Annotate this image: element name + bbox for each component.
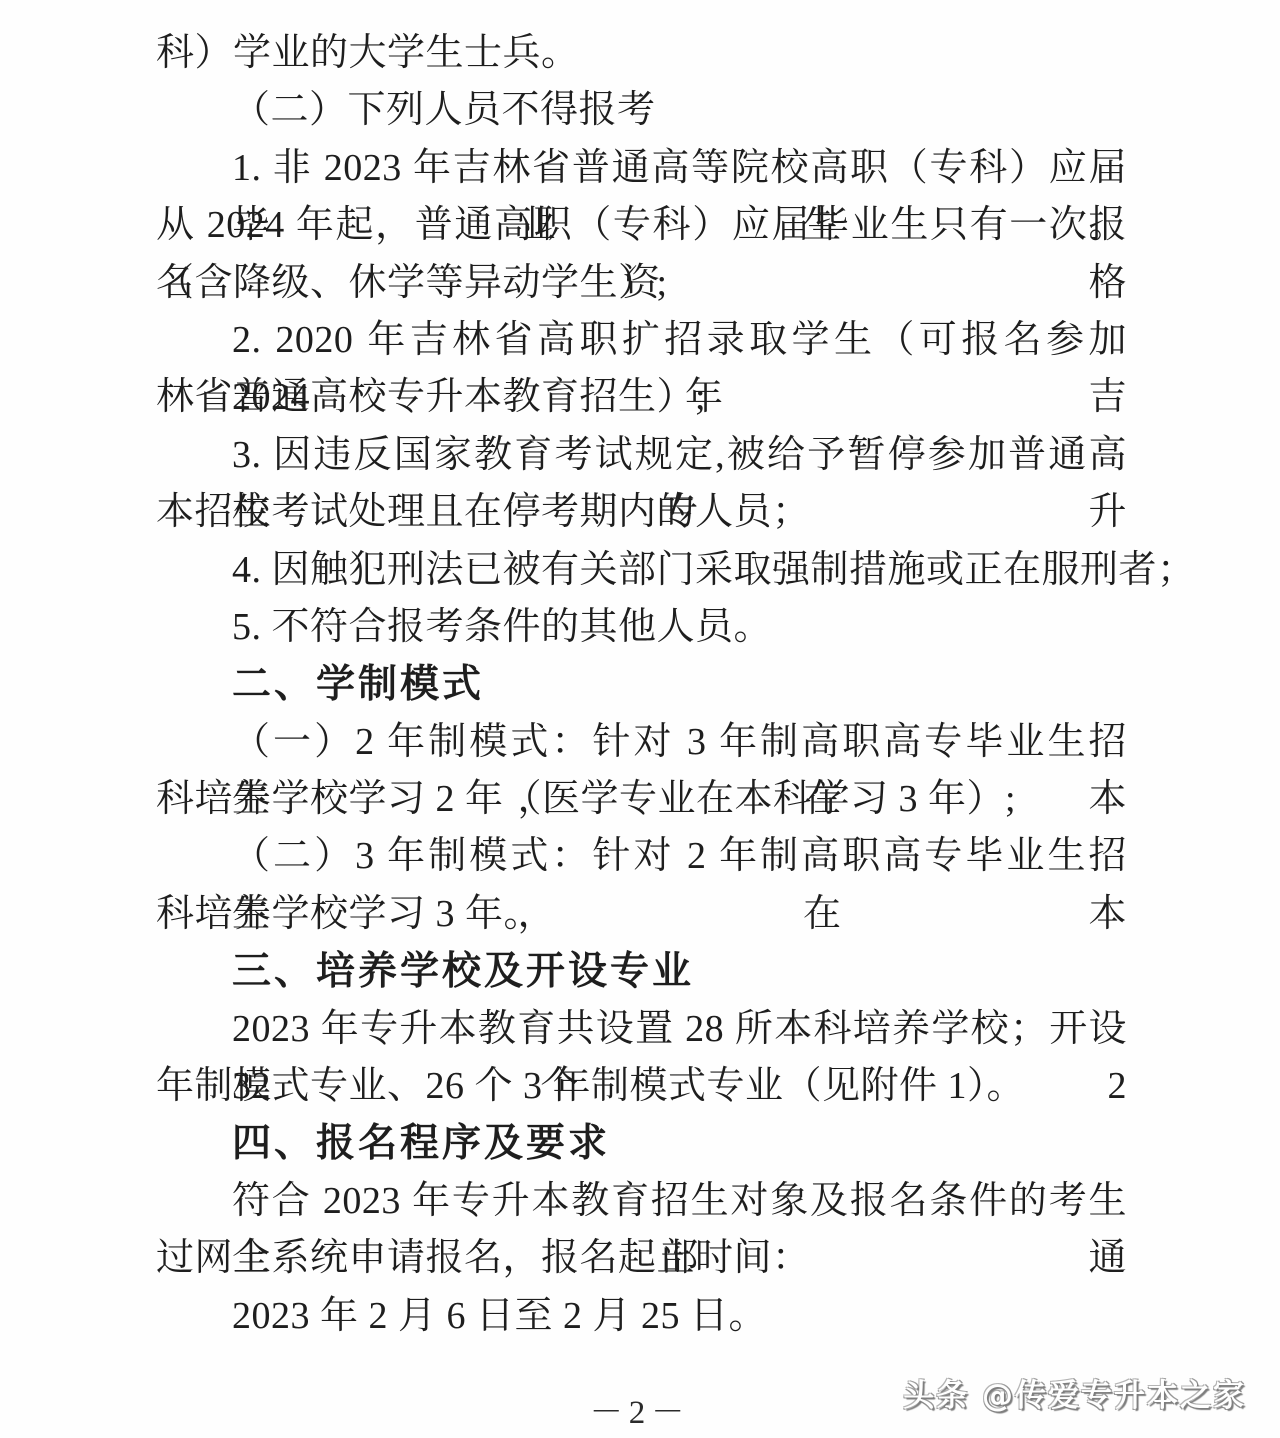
text-line: 科培养学校学习 2 年（医学专业在本科学习 3 年）; [156, 771, 1127, 828]
text-line: 符合 2023 年专升本教育招生对象及报名条件的考生全部通 [156, 1173, 1127, 1230]
section-heading: 二、学制模式 [156, 656, 1127, 713]
text-line: （二）3 年制模式：针对 2 年制高职高专毕业生招生，在本 [156, 828, 1127, 885]
text-line: 2023 年专升本教育共设置 28 所本科培养学校；开设 32 个 2 [156, 1001, 1127, 1058]
text-line: 2023 年 2 月 6 日至 2 月 25 日。 [156, 1288, 1127, 1345]
text-line: 3. 因违反国家教育考试规定,被给予暂停参加普通高校专升 [156, 427, 1127, 484]
text-line: 5. 不符合报考条件的其他人员。 [156, 599, 1127, 656]
text-line: 年制模式专业、26 个 3 年制模式专业（见附件 1）。 [156, 1058, 1127, 1115]
text-line: 4. 因触犯刑法已被有关部门采取强制措施或正在服刑者； [156, 542, 1127, 599]
watermark-badge: 头条 @传爱专升本之家 [903, 1370, 1246, 1415]
text-line: （一）2 年制模式：针对 3 年制高职高专毕业生招生，在本 [156, 714, 1127, 771]
text-line: 2. 2020 年吉林省高职扩招录取学生（可报名参加 2024 年吉 [156, 312, 1127, 369]
text-line: 科）学业的大学生士兵。 [156, 25, 1127, 82]
text-line: 1. 非 2023 年吉林省普通高等院校高职（专科）应届毕业生。 [156, 140, 1127, 197]
section-heading: 四、报名程序及要求 [156, 1115, 1127, 1172]
text-line: （二）下列人员不得报考 [156, 82, 1127, 139]
section-heading: 三、培养学校及开设专业 [156, 943, 1127, 1000]
text-line: 从 2024 年起，普通高职（专科）应届毕业生只有一次报名资格 [156, 197, 1127, 254]
document-page: 科）学业的大学生士兵。 （二）下列人员不得报考 1. 非 2023 年吉林省普通… [0, 0, 1280, 1438]
